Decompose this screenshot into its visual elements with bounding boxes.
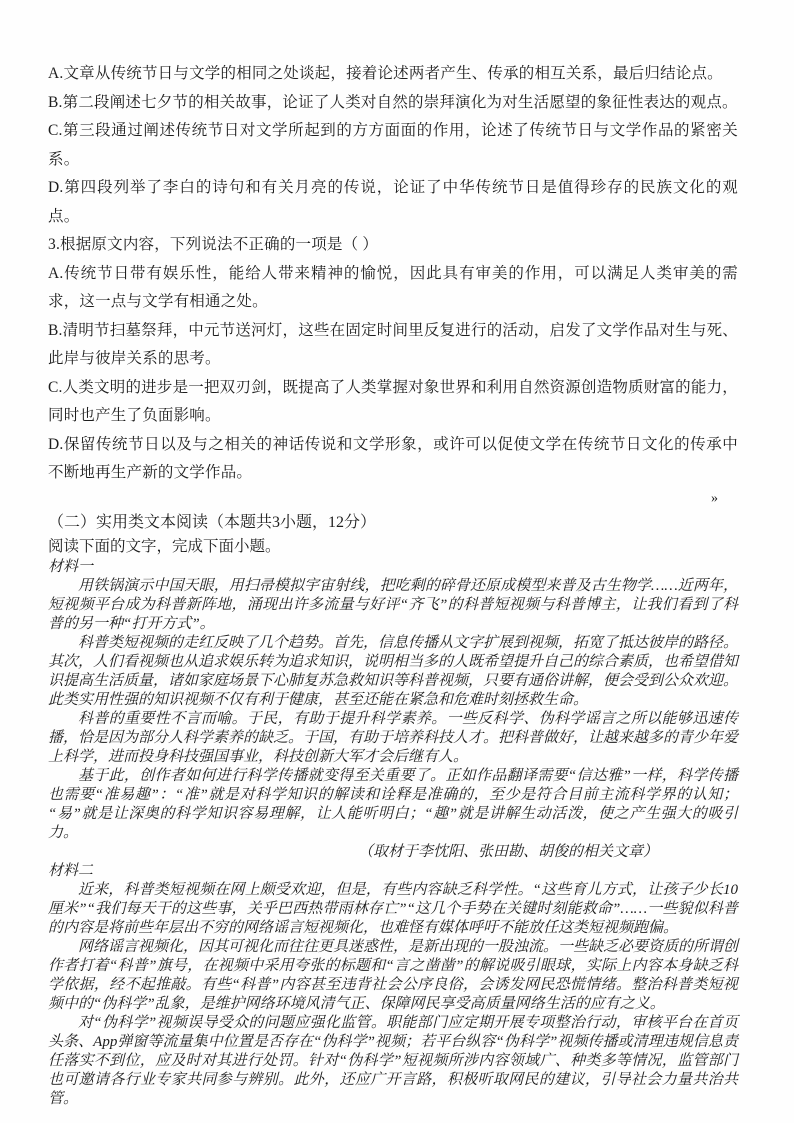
material-1-paragraph-2: 科普类短视频的走红反映了几个趋势。首先，信息传播从文字扩展到视频，拓宽了抵达彼岸… bbox=[48, 634, 738, 710]
material-1-attribution: （取材于李忱阳、张田勘、胡俊的相关文章） bbox=[48, 843, 738, 862]
question-option-q3-b: B.清明节扫墓祭拜，中元节送河灯，这些在固定时间里反复进行的活动，启发了文学作品… bbox=[48, 317, 738, 374]
exam-paper-page: A.文章从传统节日与文学的相同之处谈起，接着论述两者产生、传承的相互关系，最后归… bbox=[0, 0, 794, 1123]
material-1-label: 材料一 bbox=[48, 558, 738, 577]
question-option-q3-c: C.人类文明的进步是一把双刃剑，既提高了人类掌握对象世界和利用自然资源创造物质财… bbox=[48, 374, 738, 431]
question-option-q2-a: A.文章从传统节日与文学的相同之处谈起，接着论述两者产生、传承的相互关系，最后归… bbox=[48, 60, 738, 89]
material-2-paragraph-1: 近来，科普类短视频在网上颇受欢迎，但是，有些内容缺乏科学性。“这些育儿方式，让孩… bbox=[48, 881, 738, 938]
material-1-paragraph-1: 用铁锅演示中国天眼，用扫帚模拟宇宙射线，把吃剩的碎骨还原成模型来普及古生物学……… bbox=[48, 577, 738, 634]
material-1-paragraph-3: 科普的重要性不言而喻。于民，有助于提升科学素养。一些反科学、伪科学谣言之所以能够… bbox=[48, 710, 738, 767]
question-option-q2-d: D.第四段列举了李白的诗句和有关月亮的传说，论证了中华传统节日是值得珍存的民族文… bbox=[48, 174, 738, 231]
question-option-q3-d: D.保留传统节日以及与之相关的神话传说和文学形象，或许可以促使文学在传统节日文化… bbox=[48, 431, 738, 488]
multiple-choice-section: A.文章从传统节日与文学的相同之处谈起，接着论述两者产生、传承的相互关系，最后归… bbox=[48, 60, 738, 488]
material-2: 材料二 近来，科普类短视频在网上颇受欢迎，但是，有些内容缺乏科学性。“这些育儿方… bbox=[48, 862, 738, 1109]
material-1-paragraph-4: 基于此，创作者如何进行科学传播就变得至关重要了。正如作品翻译需要“信达雅”一样，… bbox=[48, 767, 738, 843]
reading-instruction: 阅读下面的文字，完成下面小题。 bbox=[48, 536, 738, 558]
question-option-q2-b: B.第二段阐述七夕节的相关故事，论证了人类对自然的崇拜演化为对生活愿望的象征性表… bbox=[48, 89, 738, 118]
section-2-heading: （二）实用类文本阅读（本题共3小题，12分） bbox=[48, 509, 738, 536]
material-2-paragraph-2: 网络谣言视频化，因其可视化而往往更具迷惑性，是新出现的一股浊流。一些缺乏必要资质… bbox=[48, 938, 738, 1014]
marker-row: » bbox=[48, 488, 738, 509]
question-option-q2-c: C.第三段通过阐述传统节日对文学所起到的方方面面的作用，论述了传统节日与文学作品… bbox=[48, 117, 738, 174]
page-continuation-marker: » bbox=[711, 491, 718, 506]
material-1: 材料一 用铁锅演示中国天眼，用扫帚模拟宇宙射线，把吃剩的碎骨还原成模型来普及古生… bbox=[48, 558, 738, 862]
material-2-label: 材料二 bbox=[48, 862, 738, 881]
question-3-stem: 3.根据原文内容，下列说法不正确的一项是（ ） bbox=[48, 231, 738, 260]
material-2-paragraph-3: 对“伪科学”视频误导受众的问题应强化监管。职能部门应定期开展专项整治行动，审核平… bbox=[48, 1014, 738, 1109]
question-option-q3-a: A.传统节日带有娱乐性，能给人带来精神的愉悦，因此具有审美的作用，可以满足人类审… bbox=[48, 260, 738, 317]
